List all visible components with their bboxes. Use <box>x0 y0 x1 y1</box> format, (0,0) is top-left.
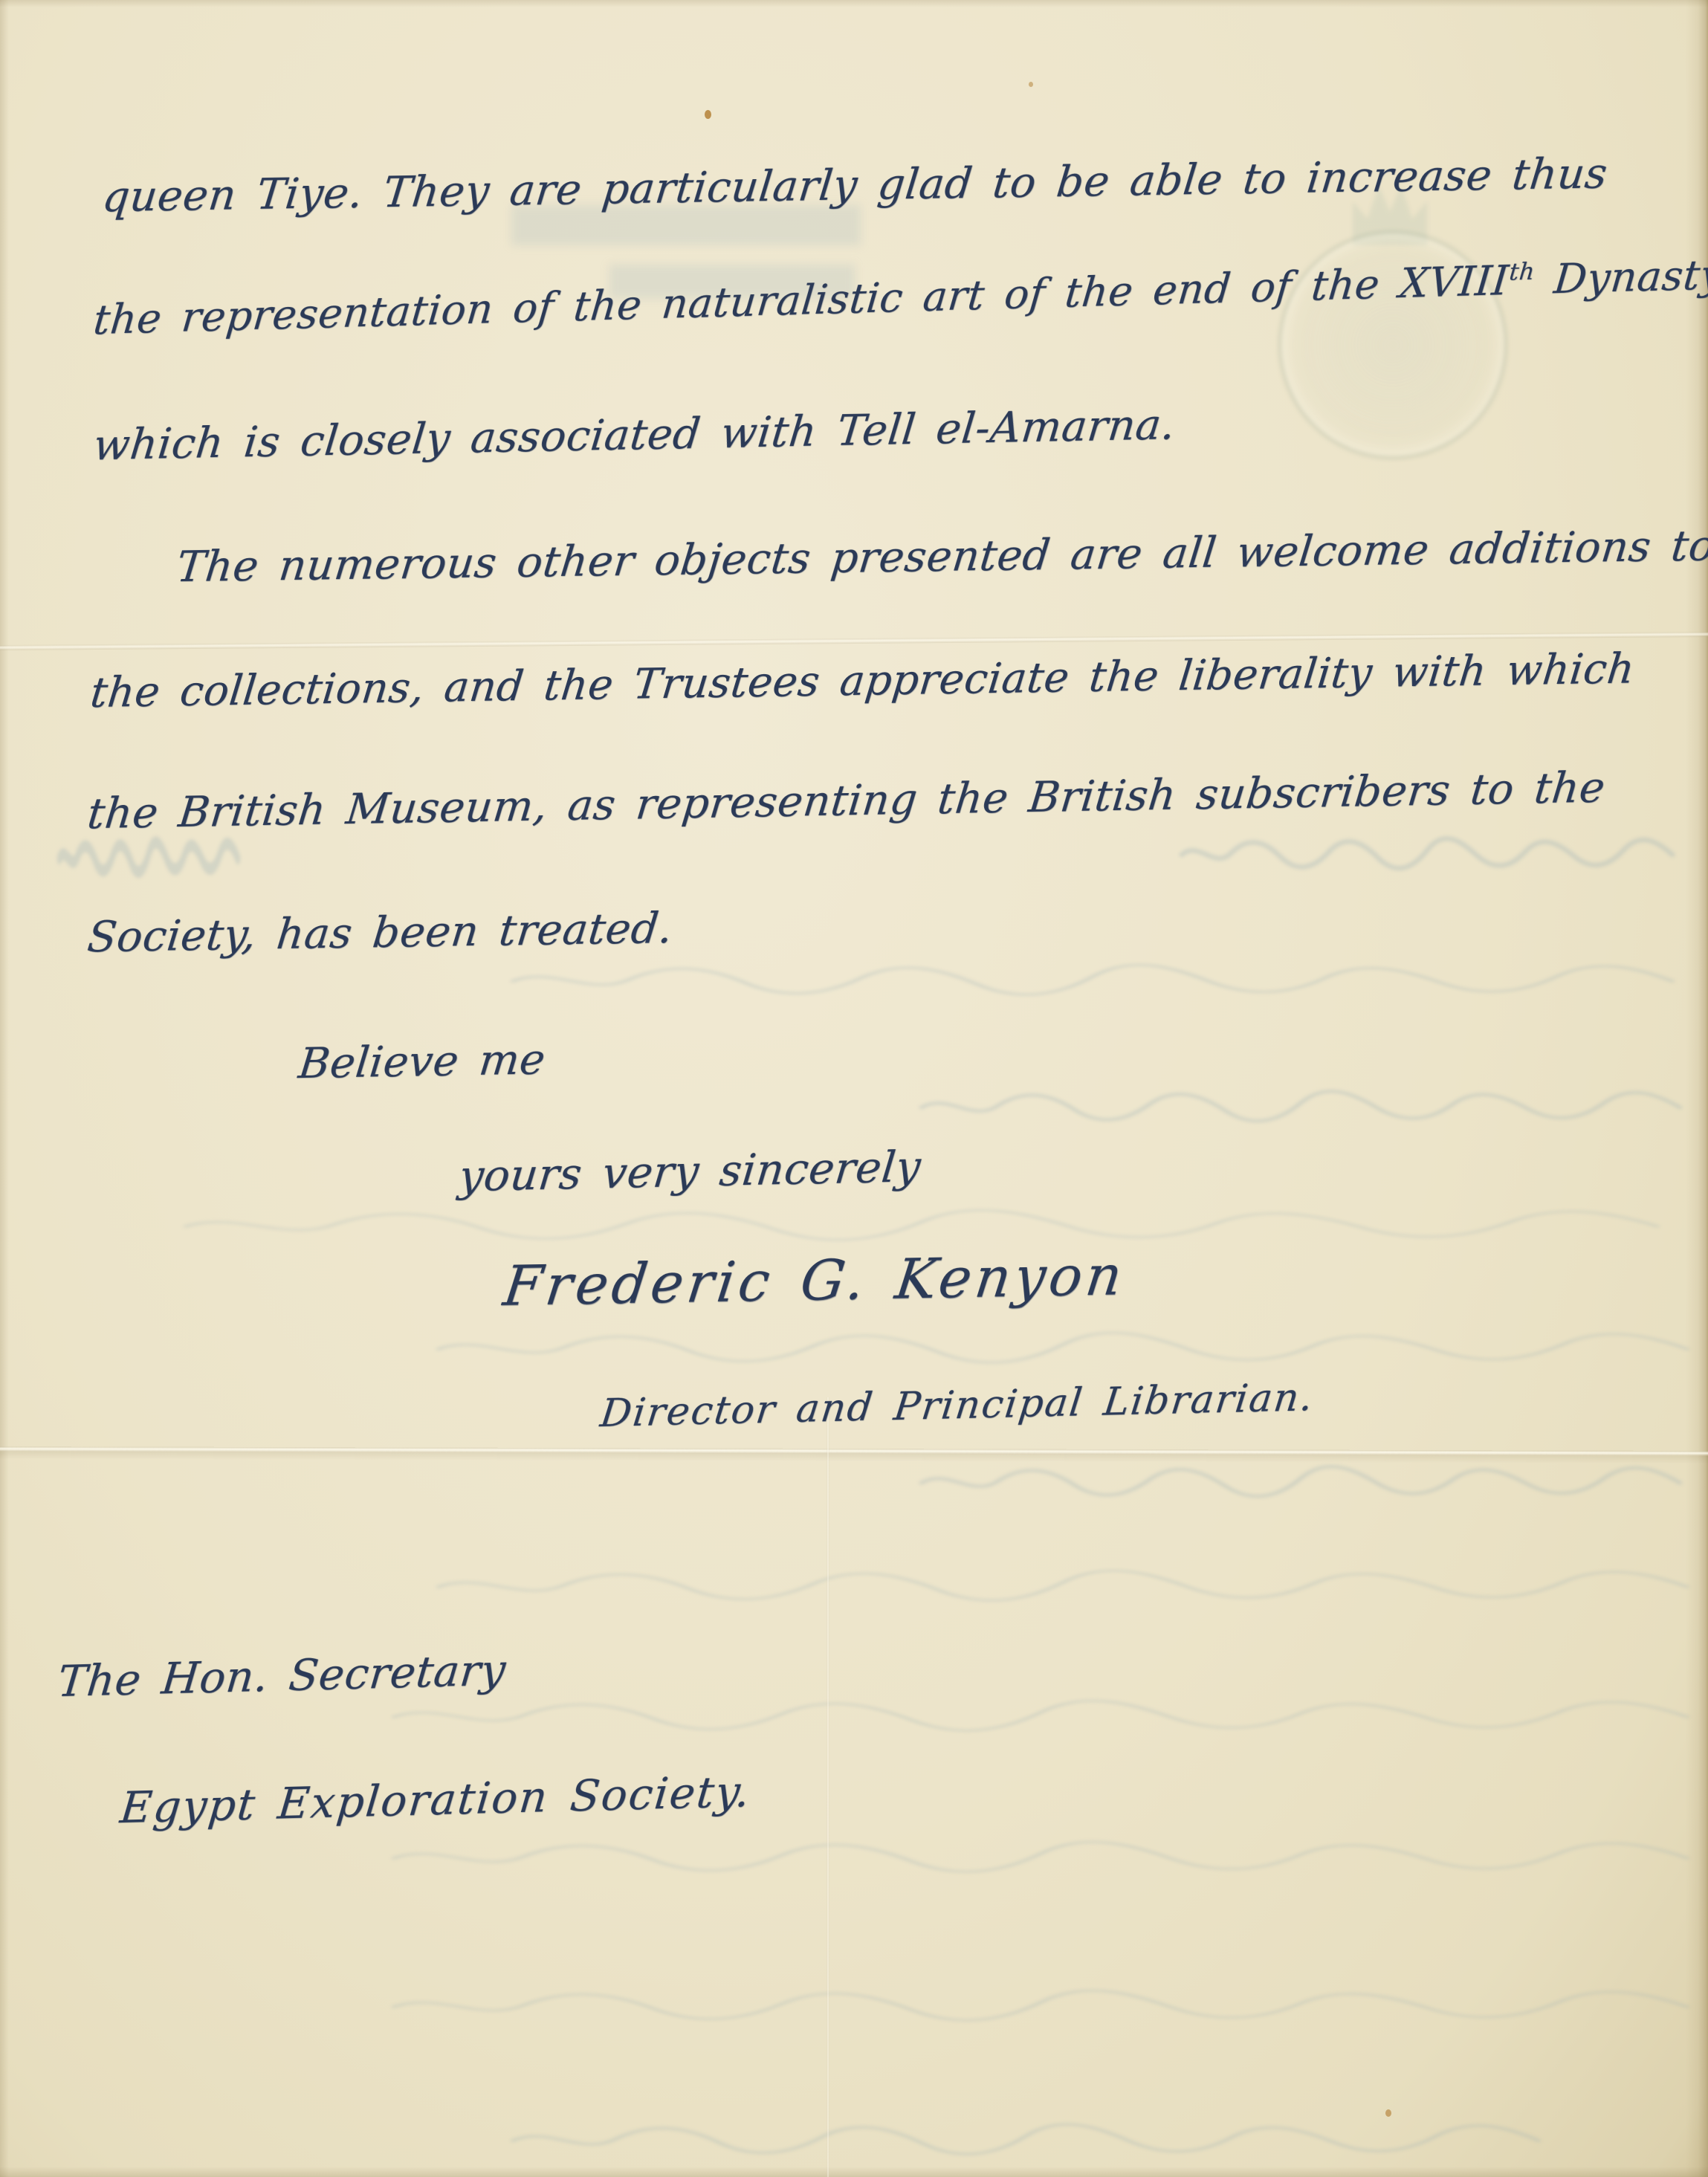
fold-crease-vertical <box>826 1397 829 2177</box>
closing-salutation: Believe me <box>297 1035 549 1088</box>
page-edge-bottom <box>0 2167 1708 2177</box>
body-line-7: Society, has been treated. <box>85 904 675 962</box>
page-edge-left <box>0 0 9 2177</box>
body-line-2-text: the representation of the naturalistic a… <box>91 256 1511 343</box>
closing-valediction: yours very sincerely <box>457 1141 924 1201</box>
letter-page: queen Tiye. They are particularly glad t… <box>0 0 1708 2177</box>
body-line-1: queen Tiye. They are particularly glad t… <box>100 149 1609 221</box>
signature-role: Director and Principal Librarian. <box>598 1375 1316 1436</box>
body-line-6: the British Museum, as representing the … <box>85 763 1608 838</box>
recipient-line-2: Egypt Exploration Society. <box>118 1766 754 1833</box>
body-line-5: the collections, and the Trustees apprec… <box>88 644 1637 717</box>
body-line-2-end: Dynasty, <box>1532 250 1708 303</box>
recipient-line-1: The Hon. Secretary <box>56 1644 508 1707</box>
ordinal-superscript: th <box>1508 256 1536 285</box>
page-edge-top <box>0 0 1708 7</box>
page-edge-right <box>1686 0 1708 2177</box>
foxing-speck <box>1385 2109 1391 2117</box>
body-line-3: which is closely associated with Tell el… <box>91 400 1178 470</box>
body-line-2: the representation of the naturalistic a… <box>91 250 1708 343</box>
fold-crease-lower <box>0 1446 1708 1456</box>
body-line-4: The numerous other objects presented are… <box>174 521 1708 592</box>
signature: Frederic G. Kenyon <box>500 1243 1129 1319</box>
embossed-seal <box>1264 178 1531 476</box>
foxing-speck <box>1029 82 1033 87</box>
foxing-speck <box>705 110 711 119</box>
